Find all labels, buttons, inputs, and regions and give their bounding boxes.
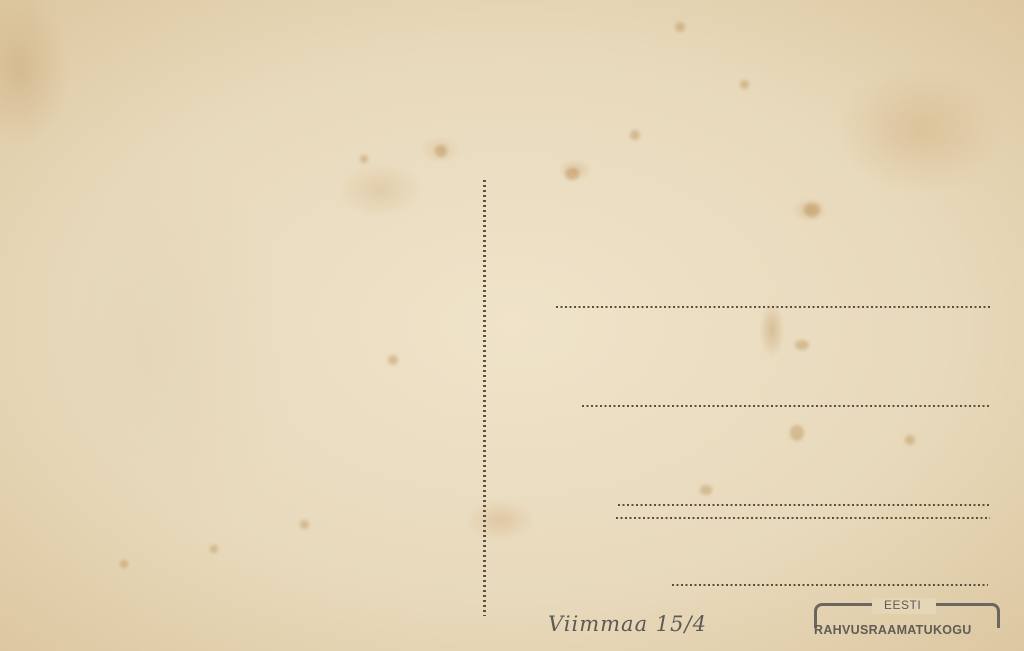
address-line-5 xyxy=(672,584,988,586)
stain-spot xyxy=(630,130,640,140)
address-line-4 xyxy=(616,517,990,519)
stain-spot xyxy=(740,80,749,89)
stain-spot xyxy=(804,203,820,217)
postcard-back: Viimmaa 15/4 EESTI RAHVUSRAAMATUKOGU xyxy=(0,0,1024,651)
stain-spot xyxy=(790,425,804,441)
stain-spot xyxy=(565,168,579,180)
address-line-3 xyxy=(618,504,990,506)
library-stamp: EESTI RAHVUSRAAMATUKOGU xyxy=(812,598,996,646)
stain-spot xyxy=(120,560,128,568)
address-line-1 xyxy=(556,306,990,308)
stain-spot xyxy=(300,520,309,529)
stain-spot xyxy=(675,22,685,32)
stain-spot xyxy=(700,485,712,495)
stamp-bottom-text: RAHVUSRAAMATUKOGU xyxy=(814,623,972,637)
center-divider-line xyxy=(483,180,486,616)
stain-spot xyxy=(210,545,218,553)
stain-spot xyxy=(905,435,915,445)
stain-spot xyxy=(435,145,447,157)
handwritten-note: Viimmaa 15/4 xyxy=(548,612,707,636)
stain-spot xyxy=(388,355,398,365)
stain-spot xyxy=(360,155,368,163)
stamp-top-text: EESTI xyxy=(884,598,921,612)
stain-spot xyxy=(795,340,809,350)
address-line-2 xyxy=(582,405,990,407)
